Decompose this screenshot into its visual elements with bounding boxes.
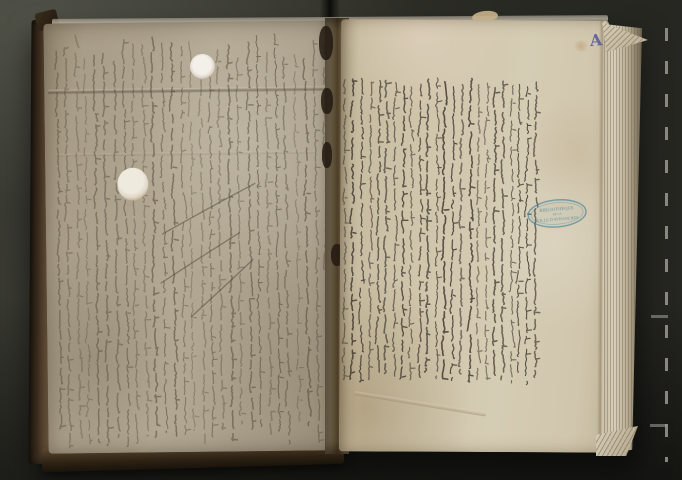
library-stamp: BIBLIOTHÈQUE DE LA VILLE D'AVRANCHES	[525, 196, 589, 231]
flyleaf-page-right: A BIBLIOTHÈQUE DE LA VILLE D'AVRANCHES	[339, 19, 609, 452]
binding-recess	[322, 142, 332, 168]
fore-edge-page-stack	[604, 24, 642, 454]
manuscript-text-right	[339, 19, 609, 452]
binding-recess	[319, 26, 333, 60]
film-edge-tick	[651, 315, 668, 318]
film-edge-marks	[665, 28, 668, 462]
manuscript-photo: A BIBLIOTHÈQUE DE LA VILLE D'AVRANCHES	[0, 0, 682, 480]
wax-spot-top	[190, 54, 215, 79]
wax-spot-middle	[117, 168, 148, 201]
pastedown-page-left	[43, 20, 336, 453]
manuscript-text-left	[43, 20, 336, 453]
film-edge-tick	[650, 424, 667, 427]
binding-recess	[321, 88, 333, 114]
